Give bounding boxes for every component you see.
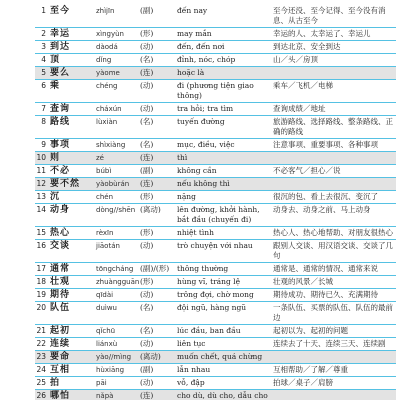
row-number: 3 bbox=[35, 42, 50, 52]
table-row: 9 事项 shìxiàng (名) mục, điều, việc 注意事项、重… bbox=[35, 139, 396, 152]
pos-cell: (名) bbox=[140, 140, 177, 150]
meaning-cell: liên tục bbox=[177, 339, 273, 349]
pos-cell: (连) bbox=[140, 153, 177, 163]
table-row: 19 期待 qīdài (动) trông đợi, chờ mong 期待成功… bbox=[35, 289, 396, 302]
row-number: 15 bbox=[35, 228, 50, 238]
meaning-cell: nhiệt tình bbox=[177, 228, 273, 238]
meaning-cell: vỗ, đập bbox=[177, 378, 273, 388]
word-cell: 不必 bbox=[50, 166, 96, 176]
pos-cell: (名) bbox=[140, 55, 177, 65]
pinyin-cell: zé bbox=[96, 153, 140, 163]
word-cell: 哪怕 bbox=[50, 391, 96, 400]
meaning-cell: đỉnh, nóc, chóp bbox=[177, 55, 273, 65]
row-number: 21 bbox=[35, 326, 50, 336]
examples-cell: 互相帮助／了解／尊重 bbox=[273, 365, 396, 375]
row-number: 13 bbox=[35, 192, 50, 202]
pos-cell: (动) bbox=[140, 290, 177, 300]
word-cell: 要命 bbox=[50, 352, 96, 362]
examples-cell: 很沉的包、看上去很沉、变沉了 bbox=[273, 192, 396, 202]
word-cell: 幸运 bbox=[50, 29, 96, 39]
word-cell: 沉 bbox=[50, 192, 96, 202]
pinyin-cell: shìxiàng bbox=[96, 140, 140, 150]
meaning-cell: mục, điều, việc bbox=[177, 140, 273, 150]
row-number: 7 bbox=[35, 104, 50, 114]
word-cell: 至今 bbox=[50, 6, 96, 16]
pos-cell: (离动) bbox=[140, 205, 177, 215]
table-row: 3 到达 dàodá (动) đến, đến nơi 到达北京、安全到达 bbox=[35, 41, 396, 54]
meaning-cell: tuyến đường bbox=[177, 117, 273, 127]
table-row: 4 顶 dǐng (名) đỉnh, nóc, chóp 山／头／房顶 bbox=[35, 54, 396, 67]
word-cell: 乘 bbox=[50, 81, 96, 91]
table-row: 23 要命 yào//mìng (离动) muốn chết, quá chừn… bbox=[35, 351, 396, 364]
word-cell: 路线 bbox=[50, 117, 96, 127]
pinyin-cell: yàome bbox=[96, 68, 140, 78]
meaning-cell: tra hỏi; tra tìm bbox=[177, 104, 273, 114]
meaning-cell: đến nay bbox=[177, 6, 273, 16]
pinyin-cell: duìwu bbox=[96, 303, 140, 313]
pinyin-cell: lùxiàn bbox=[96, 117, 140, 127]
word-cell: 到达 bbox=[50, 42, 96, 52]
table-row: 25 拍 pāi (动) vỗ, đập 拍球／桌子／肩膀 bbox=[35, 377, 396, 390]
pos-cell: (动) bbox=[140, 104, 177, 114]
examples-cell: 拍球／桌子／肩膀 bbox=[273, 378, 396, 388]
pos-cell: (名) bbox=[140, 117, 177, 127]
table-row: 13 沉 chén (形) nặng 很沉的包、看上去很沉、变沉了 bbox=[35, 191, 396, 204]
row-number: 22 bbox=[35, 339, 50, 349]
examples-cell: 期待成功、期待已久、充满期待 bbox=[273, 290, 396, 300]
examples-cell: 查询成绩／地址 bbox=[273, 104, 396, 114]
pos-cell: (动) bbox=[140, 241, 177, 251]
examples-cell: 热心人、热心地帮助、对朋友很热心 bbox=[273, 228, 396, 238]
examples-cell: 至今还没、至今记得、至今没有消息、从古至今 bbox=[273, 6, 396, 26]
pos-cell: (形) bbox=[140, 192, 177, 202]
row-number: 12 bbox=[35, 179, 50, 189]
pos-cell: (形) bbox=[140, 228, 177, 238]
pos-cell: (名) bbox=[140, 326, 177, 336]
pos-cell: (副) bbox=[140, 365, 177, 375]
pinyin-cell: yàobùrán bbox=[96, 179, 140, 189]
row-number: 14 bbox=[35, 205, 50, 215]
vocab-table: 1 至今 zhìjīn (副) đến nay 至今还没、至今记得、至今没有消息… bbox=[35, 5, 396, 400]
word-cell: 则 bbox=[50, 153, 96, 163]
pinyin-cell: dǐng bbox=[96, 55, 140, 65]
pinyin-cell: jiāotán bbox=[96, 241, 140, 251]
examples-cell: 乘车／飞机／电梯 bbox=[273, 81, 396, 91]
examples-cell: 动身去、动身之前、马上动身 bbox=[273, 205, 396, 215]
meaning-cell: lúc đầu, ban đầu bbox=[177, 326, 273, 336]
row-number: 9 bbox=[35, 140, 50, 150]
table-row: 14 动身 dòng//shēn (离动) lên đường, khởi hà… bbox=[35, 204, 396, 227]
row-number: 1 bbox=[35, 6, 50, 16]
table-row: 21 起初 qǐchū (名) lúc đầu, ban đầu 起初以为、起初… bbox=[35, 325, 396, 338]
word-cell: 互相 bbox=[50, 365, 96, 375]
word-cell: 队伍 bbox=[50, 303, 96, 313]
pinyin-cell: rèxīn bbox=[96, 228, 140, 238]
examples-cell: 注意事项、重要事项、各种事项 bbox=[273, 140, 396, 150]
pos-cell: (动) bbox=[140, 81, 177, 91]
word-cell: 热心 bbox=[50, 228, 96, 238]
word-cell: 要么 bbox=[50, 68, 96, 78]
examples-cell: 壮观的风景／长城 bbox=[273, 277, 396, 287]
word-cell: 交谈 bbox=[50, 241, 96, 251]
meaning-cell: thì bbox=[177, 153, 273, 163]
meaning-cell: trò chuyện với nhau bbox=[177, 241, 273, 251]
pinyin-cell: cháxún bbox=[96, 104, 140, 114]
table-row: 20 队伍 duìwu (名) đội ngũ, hàng ngũ 一条队伍、买… bbox=[35, 302, 396, 325]
table-row: 2 幸运 xìngyùn (形) may mắn 幸运的人、太幸运了、幸运儿 bbox=[35, 28, 396, 41]
pos-cell: (连) bbox=[140, 68, 177, 78]
word-cell: 要不然 bbox=[50, 179, 96, 189]
meaning-cell: đội ngũ, hàng ngũ bbox=[177, 303, 273, 313]
examples-cell: 连续去了十天、连续三天、连续剧 bbox=[273, 339, 396, 349]
pinyin-cell: yào//mìng bbox=[96, 352, 140, 362]
pos-cell: (离动) bbox=[140, 352, 177, 362]
meaning-cell: hùng vĩ, tráng lệ bbox=[177, 277, 273, 287]
word-cell: 事项 bbox=[50, 140, 96, 150]
meaning-cell: trông đợi, chờ mong bbox=[177, 290, 273, 300]
meaning-cell: đến, đến nơi bbox=[177, 42, 273, 52]
table-row: 18 壮观 zhuàngguān (形) hùng vĩ, tráng lệ 壮… bbox=[35, 276, 396, 289]
table-row: 6 乘 chéng (动) đi (phương tiện giao thông… bbox=[35, 80, 396, 103]
pinyin-cell: tōngcháng bbox=[96, 264, 140, 274]
pinyin-cell: hùxiāng bbox=[96, 365, 140, 375]
pinyin-cell: pāi bbox=[96, 378, 140, 388]
examples-cell: 幸运的人、太幸运了、幸运儿 bbox=[273, 29, 396, 39]
pinyin-cell: zhìjīn bbox=[96, 6, 140, 16]
word-cell: 通常 bbox=[50, 264, 96, 274]
word-cell: 顶 bbox=[50, 55, 96, 65]
pos-cell: (动) bbox=[140, 339, 177, 349]
pos-cell: (动) bbox=[140, 42, 177, 52]
meaning-cell: nặng bbox=[177, 192, 273, 202]
pos-cell: (连) bbox=[140, 391, 177, 400]
row-number: 18 bbox=[35, 277, 50, 287]
row-number: 11 bbox=[35, 166, 50, 176]
pinyin-cell: chéng bbox=[96, 81, 140, 91]
row-number: 6 bbox=[35, 81, 50, 91]
row-number: 5 bbox=[35, 68, 50, 78]
word-cell: 动身 bbox=[50, 205, 96, 215]
word-cell: 期待 bbox=[50, 290, 96, 300]
pinyin-cell: xìngyùn bbox=[96, 29, 140, 39]
meaning-cell: may mắn bbox=[177, 29, 273, 39]
row-number: 26 bbox=[35, 391, 50, 400]
word-cell: 起初 bbox=[50, 326, 96, 336]
examples-cell: 不必客气／担心／说 bbox=[273, 166, 396, 176]
meaning-cell: hoặc là bbox=[177, 68, 273, 78]
meaning-cell: đi (phương tiện giao thông) bbox=[177, 81, 273, 101]
pos-cell: (副) bbox=[140, 166, 177, 176]
pos-cell: (副)/(形) bbox=[140, 264, 177, 274]
examples-cell: 旅游路线、选择路线、整条路线、正确的路线 bbox=[273, 117, 396, 137]
row-number: 2 bbox=[35, 29, 50, 39]
row-number: 25 bbox=[35, 378, 50, 388]
table-row: 12 要不然 yàobùrán (连) nếu không thì bbox=[35, 178, 396, 191]
row-number: 20 bbox=[35, 303, 50, 313]
pos-cell: (名) bbox=[140, 303, 177, 313]
row-number: 24 bbox=[35, 365, 50, 375]
vocab-book-page: 1 至今 zhìjīn (副) đến nay 至今还没、至今记得、至今没有消息… bbox=[0, 0, 400, 400]
table-row: 17 通常 tōngcháng (副)/(形) thông thường 通常是… bbox=[35, 263, 396, 276]
table-row: 11 不必 búbì (副) không cần 不必客气／担心／说 bbox=[35, 165, 396, 178]
meaning-cell: lên đường, khởi hành, bắt đầu (chuyến đi… bbox=[177, 205, 273, 225]
pinyin-cell: dòng//shēn bbox=[96, 205, 140, 215]
table-row: 26 哪怕 nǎpà (连) cho dù, dù cho, dẫu cho bbox=[35, 390, 396, 400]
table-row: 16 交谈 jiāotán (动) trò chuyện với nhau 跟别… bbox=[35, 240, 396, 263]
table-row: 8 路线 lùxiàn (名) tuyến đường 旅游路线、选择路线、整条… bbox=[35, 116, 396, 139]
examples-cell: 山／头／房顶 bbox=[273, 55, 396, 65]
meaning-cell: cho dù, dù cho, dẫu cho bbox=[177, 391, 273, 400]
examples-cell: 起初以为、起初的问题 bbox=[273, 326, 396, 336]
pos-cell: (副) bbox=[140, 6, 177, 16]
word-cell: 连续 bbox=[50, 339, 96, 349]
meaning-cell: không cần bbox=[177, 166, 273, 176]
examples-cell: 一条队伍、买票的队伍、队伍的最前边 bbox=[273, 303, 396, 323]
row-number: 8 bbox=[35, 117, 50, 127]
row-number: 23 bbox=[35, 352, 50, 362]
row-number: 4 bbox=[35, 55, 50, 65]
row-number: 16 bbox=[35, 241, 50, 251]
pos-cell: (形) bbox=[140, 29, 177, 39]
pinyin-cell: qǐchū bbox=[96, 326, 140, 336]
examples-cell: 到达北京、安全到达 bbox=[273, 42, 396, 52]
meaning-cell: nếu không thì bbox=[177, 179, 273, 189]
pos-cell: (形) bbox=[140, 277, 177, 287]
pos-cell: (连) bbox=[140, 179, 177, 189]
table-row: 24 互相 hùxiāng (副) lẫn nhau 互相帮助／了解／尊重 bbox=[35, 364, 396, 377]
table-row: 5 要么 yàome (连) hoặc là bbox=[35, 67, 396, 80]
meaning-cell: muốn chết, quá chừng bbox=[177, 352, 273, 362]
examples-cell: 通常是、通常的情况、通常来说 bbox=[273, 264, 396, 274]
table-row: 10 则 zé (连) thì bbox=[35, 152, 396, 165]
row-number: 10 bbox=[35, 153, 50, 163]
table-row: 7 查询 cháxún (动) tra hỏi; tra tìm 查询成绩／地址 bbox=[35, 103, 396, 116]
pinyin-cell: dàodá bbox=[96, 42, 140, 52]
row-number: 17 bbox=[35, 264, 50, 274]
pinyin-cell: liánxù bbox=[96, 339, 140, 349]
table-row: 1 至今 zhìjīn (副) đến nay 至今还没、至今记得、至今没有消息… bbox=[35, 5, 396, 28]
row-number: 19 bbox=[35, 290, 50, 300]
pinyin-cell: qīdài bbox=[96, 290, 140, 300]
pinyin-cell: chén bbox=[96, 192, 140, 202]
meaning-cell: thông thường bbox=[177, 264, 273, 274]
table-row: 15 热心 rèxīn (形) nhiệt tình 热心人、热心地帮助、对朋友… bbox=[35, 227, 396, 240]
word-cell: 壮观 bbox=[50, 277, 96, 287]
pinyin-cell: nǎpà bbox=[96, 391, 140, 400]
word-cell: 查询 bbox=[50, 104, 96, 114]
pinyin-cell: búbì bbox=[96, 166, 140, 176]
meaning-cell: lẫn nhau bbox=[177, 365, 273, 375]
pos-cell: (动) bbox=[140, 378, 177, 388]
word-cell: 拍 bbox=[50, 378, 96, 388]
pinyin-cell: zhuàngguān bbox=[96, 277, 140, 287]
table-row: 22 连续 liánxù (动) liên tục 连续去了十天、连续三天、连续… bbox=[35, 338, 396, 351]
examples-cell: 跟别人交谈、用汉语交谈、交谈了几句 bbox=[273, 241, 396, 261]
